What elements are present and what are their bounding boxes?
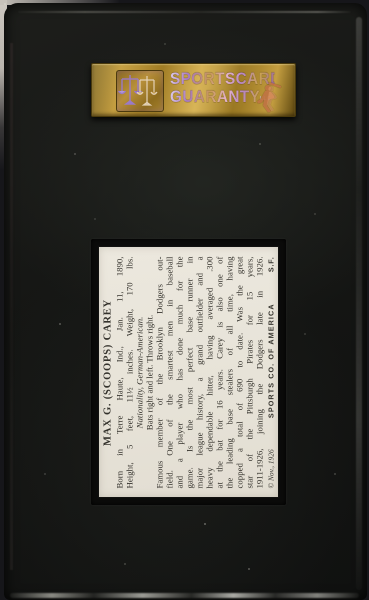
grading-slab: SPORTSCARD GUARANTY LLC bbox=[4, 3, 367, 600]
card-body-line: 1911-1926, joining the Dodgers late in 1… bbox=[254, 256, 264, 488]
card-bio-line: Born in Terre Haute, Ind., Jan. 11, 1890… bbox=[114, 256, 124, 488]
slab-dust-speckles bbox=[4, 3, 6, 5]
publisher-city: S.F. bbox=[266, 256, 275, 272]
card-body-line: the leading base stealers of all time, h… bbox=[224, 256, 234, 488]
photo-backdrop: SPORTSCARD GUARANTY LLC bbox=[0, 0, 369, 600]
card-body-line: Famous member of the Brooklyn Dodgers ou… bbox=[154, 256, 164, 488]
card-body-line: copped a total of 690 to date. Was the g… bbox=[234, 256, 244, 488]
card-body-line: and a player who has done much for the bbox=[174, 256, 184, 488]
card-rotated-content: MAX G. (SCOOPS) CAREY Born in Terre Haut… bbox=[99, 247, 278, 497]
publisher-name: SPORTS CO. OF AMERICA bbox=[266, 303, 275, 418]
trading-card-back: MAX G. (SCOOPS) CAREY Born in Terre Haut… bbox=[99, 247, 278, 497]
scales-of-justice-icon bbox=[116, 70, 164, 112]
slab-top-reflection bbox=[18, 11, 351, 13]
card-body-line: major league history, a grand outfielder… bbox=[194, 256, 204, 488]
player-name-title: MAX G. (SCOOPS) CAREY bbox=[102, 256, 114, 488]
card-body-line: star of the Pittsburgh Pirates for 15 ye… bbox=[244, 256, 254, 488]
grading-label: SPORTSCARD GUARANTY LLC bbox=[91, 63, 296, 117]
slab-left-edge bbox=[10, 43, 13, 570]
slab-bottom-reflection bbox=[10, 593, 359, 598]
card-copyright-line: © Nov., 1926 SPORTS CO. OF AMERICA S.F. bbox=[266, 256, 275, 488]
card-bio-line: Height, 5 feet, 11½ inches. Weight, 170 … bbox=[124, 256, 134, 488]
card-body-line: field. One of the smartest men in baseba… bbox=[164, 256, 174, 488]
card-body-line: heavy dependable hitter, having averaged… bbox=[204, 256, 214, 488]
baseball-batter-icon bbox=[255, 81, 283, 113]
card-bio-line-nationality: Nationality, German-American. bbox=[134, 256, 144, 488]
card-body-line: game. Is the most perfect base runner in bbox=[184, 256, 194, 488]
card-bio-line-bats-throws: Bats right and left. Throws right. bbox=[144, 256, 154, 488]
card-body-line: at the bat for 16 years. Carey is also o… bbox=[214, 256, 224, 488]
slab-right-reflection bbox=[356, 17, 362, 590]
copyright-date: © Nov., 1926 bbox=[266, 449, 275, 488]
